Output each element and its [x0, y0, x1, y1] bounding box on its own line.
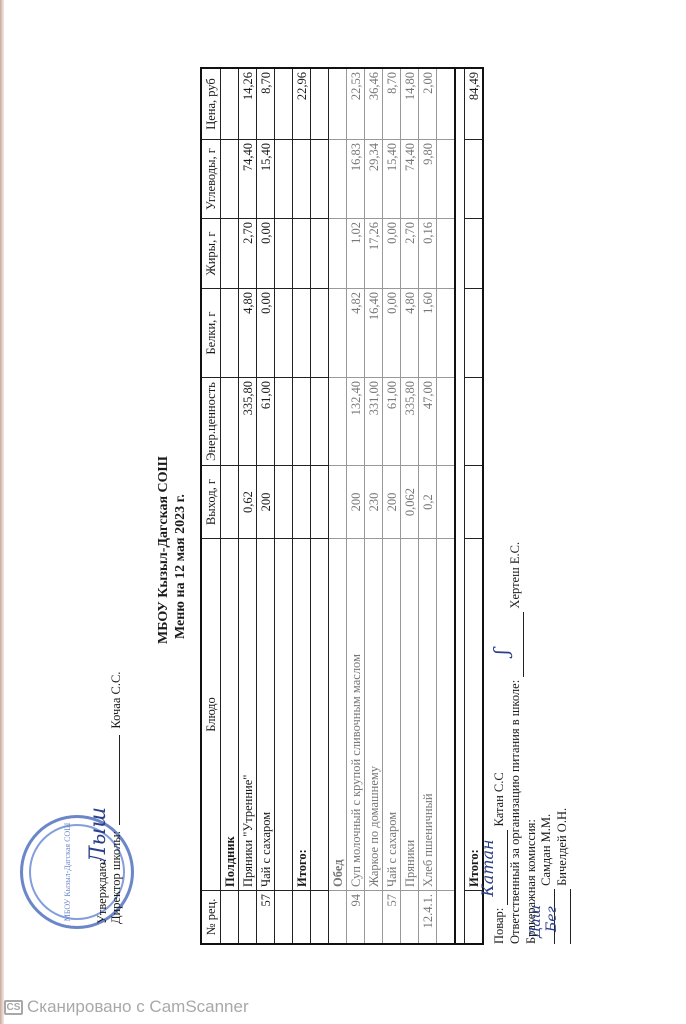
cell-protein: 0,00: [383, 289, 401, 378]
cell-protein: [221, 289, 239, 378]
camscanner-logo-icon: CS: [4, 1000, 23, 1015]
cell-energy: [455, 378, 465, 466]
approval-block: Утверждаю: Директор школы: Кочаа С.С.: [95, 672, 123, 924]
responsible-signature: ʃ: [494, 649, 509, 654]
cell-recipe-no: 12.4.1.: [419, 891, 437, 945]
cook-signature-line: Катан: [492, 830, 508, 905]
cell-output: [311, 466, 329, 539]
responsible-row: Ответственный за организацию питания в ш…: [508, 542, 524, 944]
cell-recipe-no: [275, 891, 293, 945]
cell-protein: 4,80: [239, 289, 257, 378]
cell-carbs: [455, 140, 465, 219]
cell-protein: [293, 289, 311, 378]
cell-fat: [455, 219, 465, 289]
cell-fat: [275, 219, 293, 289]
cell-output: [293, 466, 311, 539]
cell-recipe-no: [239, 891, 257, 945]
cell-protein: 4,80: [401, 289, 419, 378]
cell-protein: 4,82: [347, 289, 365, 378]
cell-energy: [465, 378, 484, 466]
cell-protein: 16,40: [365, 289, 383, 378]
cell-price: 2,00: [419, 68, 437, 140]
cell-recipe-no: [293, 891, 311, 945]
cell-price: [275, 68, 293, 140]
cell-recipe-no: [437, 891, 456, 945]
cell-fat: [437, 219, 456, 289]
cell-recipe-no: [311, 891, 329, 945]
total-row: Итого:84,49: [465, 68, 484, 944]
cell-fat: 2,70: [401, 219, 419, 289]
cell-energy: 132,40: [347, 378, 365, 466]
cell-price: 84,49: [465, 68, 484, 140]
cell-fat: 0,16: [419, 219, 437, 289]
cell-dish: Пряники "Утренние": [239, 539, 257, 891]
cell-energy: 61,00: [257, 378, 275, 466]
cell-fat: 1,02: [347, 219, 365, 289]
cell-protein: [437, 289, 456, 378]
cell-fat: [311, 219, 329, 289]
header-energy: Энер.ценность: [201, 378, 221, 466]
cell-recipe-no: [455, 891, 465, 945]
menu-table-body: ПолдникПряники "Утренние"0,62335,804,802…: [221, 68, 484, 944]
cell-dish: [311, 539, 329, 891]
cell-carbs: 74,40: [401, 140, 419, 219]
blank-row: [437, 68, 456, 944]
responsible-name: Хертеш Е.С.: [508, 542, 522, 609]
cell-price: 22,53: [347, 68, 365, 140]
table-row: 57Чай с сахаром20061,000,000,0015,408,70: [383, 68, 401, 944]
cell-dish: Чай с сахаром: [383, 539, 401, 891]
cell-price: [329, 68, 347, 140]
signature-block: Повар: Катан Катан С.С Ответственный за …: [492, 542, 571, 944]
cell-protein: 0,00: [257, 289, 275, 378]
table-row: Пряники0,062335,804,802,7074,4014,80: [401, 68, 419, 944]
cell-output: [275, 466, 293, 539]
document-sheet: МБОУ Кызыл-Дагская СОШ Лыш Утверждаю: Ди…: [0, 0, 686, 1024]
table-row: 57Чай с сахаром20061,000,000,0015,408,70: [257, 68, 275, 944]
commission-signature-1: Даш: [529, 905, 544, 938]
table-row: 12.4.1.Хлеб пшеничный0,247,001,600,169,8…: [419, 68, 437, 944]
cell-recipe-no: 57: [257, 891, 275, 945]
cell-price: [455, 68, 465, 140]
cell-energy: [437, 378, 456, 466]
cell-energy: [293, 378, 311, 466]
cell-recipe-no: [221, 891, 239, 945]
cell-output: [329, 466, 347, 539]
cell-fat: [293, 219, 311, 289]
cell-fat: 0,00: [257, 219, 275, 289]
cell-carbs: 15,40: [257, 140, 275, 219]
cell-carbs: 15,40: [383, 140, 401, 219]
cell-dish: Обед: [329, 539, 347, 891]
menu-title: Меню на 12 мая 2023 г.: [173, 0, 189, 639]
menu-table: № рец. Блюдо Выход, г Энер.ценность Белк…: [200, 67, 484, 945]
org-title: МБОУ Кызыл-Дагская СОШ: [156, 0, 172, 644]
commission-member-2: Бег Бичелдей О.Н.: [555, 542, 571, 944]
table-row: Жаркое по домашнему230331,0016,4017,2629…: [365, 68, 383, 944]
table-spacer: [455, 68, 465, 944]
commission-member-name-2: Бичелдей О.Н.: [555, 808, 569, 886]
cell-dish: Итого:: [465, 539, 484, 891]
section-header-row: Обед: [329, 68, 347, 944]
cell-dish: Пряники: [401, 539, 419, 891]
cell-carbs: [437, 140, 456, 219]
cell-protein: 1,60: [419, 289, 437, 378]
commission-member-name-1: Самдан М.М.: [539, 814, 553, 886]
responsible-signature-line: ʃ: [508, 612, 524, 677]
table-row: 94Суп молочный с крупой сливочным маслом…: [347, 68, 365, 944]
cell-price: 14,80: [401, 68, 419, 140]
cell-carbs: 29,34: [365, 140, 383, 219]
cell-dish: Чай с сахаром: [257, 539, 275, 891]
cell-recipe-no: [329, 891, 347, 945]
director-name: Кочаа С.С.: [109, 672, 123, 729]
stamp-text: МБОУ Кызыл-Дагская СОШ: [63, 818, 73, 926]
cook-name: Катан С.С: [492, 772, 506, 826]
cell-fat: 0,00: [383, 219, 401, 289]
header-dish: Блюдо: [201, 539, 221, 891]
cook-signature: Катан: [480, 839, 495, 896]
cell-carbs: [293, 140, 311, 219]
cell-output: 200: [347, 466, 365, 539]
approve-label: Утверждаю:: [95, 672, 109, 924]
cell-price: 8,70: [383, 68, 401, 140]
cell-protein: [465, 289, 484, 378]
cell-dish: Хлеб пшеничный: [419, 539, 437, 891]
cell-carbs: [329, 140, 347, 219]
cell-fat: [329, 219, 347, 289]
director-label: Директор школы:: [109, 831, 123, 924]
cell-energy: [275, 378, 293, 466]
header-protein: Белки, г: [201, 289, 221, 378]
cell-protein: [455, 289, 465, 378]
cell-fat: 2,70: [239, 219, 257, 289]
commission-signature-2: Бег: [545, 906, 560, 932]
blank-row: [311, 68, 329, 944]
cell-fat: 17,26: [365, 219, 383, 289]
cell-price: [221, 68, 239, 140]
cell-dish: Итого:: [293, 539, 311, 891]
camscanner-watermark: CS Сканировано с CamScanner: [4, 996, 249, 1018]
cell-price: 14,26: [239, 68, 257, 140]
cell-carbs: [465, 140, 484, 219]
cell-output: 0,062: [401, 466, 419, 539]
cell-energy: [311, 378, 329, 466]
cell-dish: [455, 539, 465, 891]
cell-energy: 335,80: [401, 378, 419, 466]
cell-recipe-no: [365, 891, 383, 945]
commission-label: Бракеражная комиссия:: [524, 542, 539, 944]
cell-dish: Жаркое по домашнему: [365, 539, 383, 891]
cell-price: [437, 68, 456, 140]
cell-dish: [437, 539, 456, 891]
commission-signature-line-2: Бег: [555, 889, 571, 944]
cell-dish: [275, 539, 293, 891]
cook-row: Повар: Катан Катан С.С: [492, 542, 508, 944]
cell-dish: Полдник: [221, 539, 239, 891]
cell-protein: [311, 289, 329, 378]
table-header-row: № рец. Блюдо Выход, г Энер.ценность Белк…: [201, 68, 221, 944]
cell-price: 22,96: [293, 68, 311, 140]
cell-output: 0,62: [239, 466, 257, 539]
cell-output: 230: [365, 466, 383, 539]
cell-energy: 331,00: [365, 378, 383, 466]
cell-energy: 335,80: [239, 378, 257, 466]
cell-output: [455, 466, 465, 539]
header-fat: Жиры, г: [201, 219, 221, 289]
cell-protein: [275, 289, 293, 378]
table-row: Пряники "Утренние"0,62335,804,802,7074,4…: [239, 68, 257, 944]
responsible-label: Ответственный за организацию питания в ш…: [508, 680, 522, 944]
cell-energy: 61,00: [383, 378, 401, 466]
cell-recipe-no: [401, 891, 419, 945]
cell-protein: [329, 289, 347, 378]
cell-price: 36,46: [365, 68, 383, 140]
cell-dish: Суп молочный с крупой сливочным маслом: [347, 539, 365, 891]
header-output: Выход, г: [201, 466, 221, 539]
header-recipe-no: № рец.: [201, 891, 221, 945]
cell-fat: [465, 219, 484, 289]
cell-output: 200: [383, 466, 401, 539]
cell-carbs: 16,83: [347, 140, 365, 219]
commission-member-1: Даш Самдан М.М.: [539, 542, 555, 944]
cell-energy: 47,00: [419, 378, 437, 466]
cell-carbs: [221, 140, 239, 219]
cell-carbs: [311, 140, 329, 219]
cell-carbs: [275, 140, 293, 219]
blank-row: [275, 68, 293, 944]
cell-recipe-no: 57: [383, 891, 401, 945]
watermark-text: Сканировано с CamScanner: [27, 997, 249, 1017]
cell-recipe-no: 94: [347, 891, 365, 945]
director-signature-line: [119, 735, 120, 825]
cell-output: 200: [257, 466, 275, 539]
header-price: Цена, руб: [201, 68, 221, 140]
cook-label: Повар:: [492, 908, 506, 944]
cell-output: 0,2: [419, 466, 437, 539]
cell-output: [437, 466, 456, 539]
cell-output: [221, 466, 239, 539]
cell-price: [311, 68, 329, 140]
cell-carbs: 74,40: [239, 140, 257, 219]
cell-recipe-no: [465, 891, 484, 945]
section-header-row: Полдник: [221, 68, 239, 944]
cell-output: [465, 466, 484, 539]
cell-price: 8,70: [257, 68, 275, 140]
total-row: Итого:22,96: [293, 68, 311, 944]
cell-carbs: 9,80: [419, 140, 437, 219]
cell-fat: [221, 219, 239, 289]
header-carbs: Углеводы, г: [201, 140, 221, 219]
cell-energy: [221, 378, 239, 466]
cell-energy: [329, 378, 347, 466]
